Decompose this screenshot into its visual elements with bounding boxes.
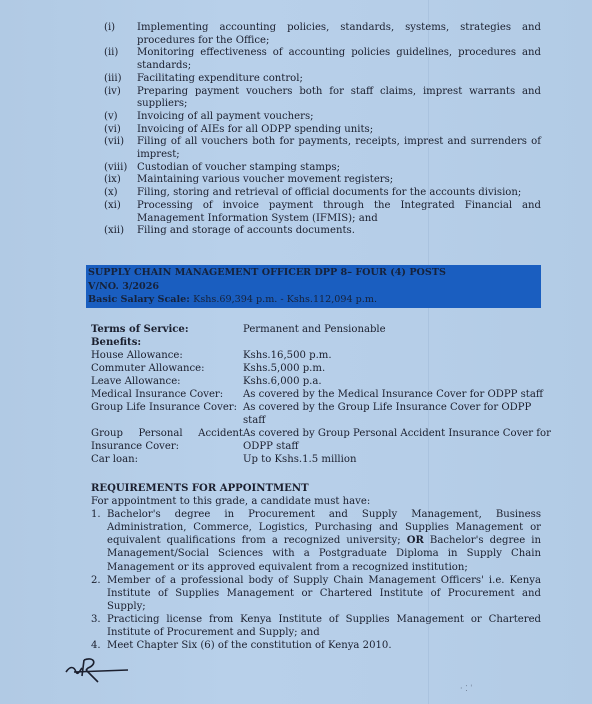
position-header-banner: SUPPLY CHAIN MANAGEMENT OFFICER DPP 8– F… [86, 265, 541, 308]
salary-scale: Basic Salary Scale: Kshs.69,394 p.m. - K… [88, 293, 541, 307]
benefit-value: Kshs.5,000 p.m. [243, 362, 551, 375]
handwritten-signature-icon [64, 656, 134, 690]
duty-item: (viii)Custodian of voucher stamping stam… [104, 162, 541, 175]
vacancy-number: V/NO. 3/2026 [88, 280, 541, 294]
duty-item: (vii)Filing of all vouchers both for pay… [104, 136, 541, 161]
duty-number: (v) [104, 111, 137, 124]
benefit-row: Leave Allowance:Kshs.6,000 p.a. [91, 375, 551, 388]
duty-text: Filing and storage of accounts documents… [137, 225, 541, 238]
benefit-row: House Allowance:Kshs.16,500 p.m. [91, 349, 551, 362]
scan-specks: · ⁚ ˈ [460, 684, 472, 693]
duty-item: (xii)Filing and storage of accounts docu… [104, 225, 541, 238]
benefit-row: Commuter Allowance:Kshs.5,000 p.m. [91, 362, 551, 375]
benefit-label: House Allowance: [91, 349, 243, 362]
duty-number: (ix) [104, 174, 137, 187]
duty-item: (x)Filing, storing and retrieval of offi… [104, 187, 541, 200]
requirement-text: Meet Chapter Six (6) of the constitution… [107, 639, 541, 652]
duty-item: (iv)Preparing payment vouchers both for … [104, 86, 541, 111]
duty-text: Filing, storing and retrieval of officia… [137, 187, 541, 200]
duty-item: (iii)Facilitating expenditure control; [104, 73, 541, 86]
benefit-value: As covered by Group Personal Accident In… [243, 427, 551, 453]
benefit-label: Leave Allowance: [91, 375, 243, 388]
duty-item: (v)Invoicing of all payment vouchers; [104, 111, 541, 124]
duty-text: Implementing accounting policies, standa… [137, 22, 541, 47]
benefits-label: Benefits: [91, 336, 243, 349]
requirement-text: Practicing license from Kenya Institute … [107, 613, 541, 639]
duty-text: Monitoring effectiveness of accounting p… [137, 47, 541, 72]
requirements-heading: REQUIREMENTS FOR APPOINTMENT [91, 482, 541, 495]
benefit-row: Medical Insurance Cover:As covered by th… [91, 388, 551, 401]
duty-item: (i)Implementing accounting policies, sta… [104, 22, 541, 47]
benefit-label: Commuter Allowance: [91, 362, 243, 375]
requirements-section: REQUIREMENTS FOR APPOINTMENT For appoint… [91, 482, 541, 652]
benefit-row: Group Personal Accident Insurance Cover:… [91, 427, 551, 453]
requirement-number: 4. [91, 639, 107, 652]
duty-number: (iv) [104, 86, 137, 111]
duty-number: (ii) [104, 47, 137, 72]
requirement-item: 1.Bachelor's degree in Procurement and S… [91, 508, 541, 573]
requirement-item: 4.Meet Chapter Six (6) of the constituti… [91, 639, 541, 652]
benefit-row: Car loan:Up to Kshs.1.5 million [91, 453, 551, 466]
terms-value: Permanent and Pensionable [243, 323, 551, 336]
requirement-text: Member of a professional body of Supply … [107, 574, 541, 613]
benefit-row: Group Life Insurance Cover:As covered by… [91, 401, 551, 427]
duty-number: (vii) [104, 136, 137, 161]
duties-list: (i)Implementing accounting policies, sta… [104, 22, 541, 238]
duty-item: (ii)Monitoring effectiveness of accounti… [104, 47, 541, 72]
requirement-number: 2. [91, 574, 107, 613]
requirement-item: 3.Practicing license from Kenya Institut… [91, 613, 541, 639]
benefit-value: As covered by the Group Life Insurance C… [243, 401, 551, 427]
duty-text: Preparing payment vouchers both for staf… [137, 86, 541, 111]
benefit-value: Kshs.6,000 p.a. [243, 375, 551, 388]
duty-number: (viii) [104, 162, 137, 175]
duty-text: Filing of all vouchers both for payments… [137, 136, 541, 161]
salary-scale-value: Kshs.69,394 p.m. - Kshs.112,094 p.m. [193, 294, 377, 305]
duty-item: (ix)Maintaining various voucher movement… [104, 174, 541, 187]
document-page: (i)Implementing accounting policies, sta… [0, 0, 592, 704]
requirements-intro: For appointment to this grade, a candida… [91, 495, 541, 508]
requirement-number: 1. [91, 508, 107, 573]
duty-item: (vi)Invoicing of AIEs for all ODPP spend… [104, 124, 541, 137]
duty-number: (iii) [104, 73, 137, 86]
duty-number: (x) [104, 187, 137, 200]
duty-text: Processing of invoice payment through th… [137, 200, 541, 225]
duty-number: (xi) [104, 200, 137, 225]
requirement-text: Bachelor's degree in Procurement and Sup… [107, 508, 541, 573]
salary-scale-label: Basic Salary Scale: [88, 294, 190, 305]
requirements-list: 1.Bachelor's degree in Procurement and S… [91, 508, 541, 652]
position-title: SUPPLY CHAIN MANAGEMENT OFFICER DPP 8– F… [88, 266, 541, 280]
terms-row: Terms of Service: Permanent and Pensiona… [91, 323, 551, 336]
duty-number: (xii) [104, 225, 137, 238]
requirement-emphasis: OR [407, 535, 424, 546]
duty-number: (i) [104, 22, 137, 47]
requirement-number: 3. [91, 613, 107, 639]
benefit-label: Group Life Insurance Cover: [91, 401, 243, 427]
benefit-label: Group Personal Accident Insurance Cover: [91, 427, 243, 453]
requirement-item: 2.Member of a professional body of Suppl… [91, 574, 541, 613]
benefits-list: House Allowance:Kshs.16,500 p.m.Commuter… [91, 349, 551, 466]
benefit-value: Up to Kshs.1.5 million [243, 453, 551, 466]
benefit-value: As covered by the Medical Insurance Cove… [243, 388, 551, 401]
terms-of-service: Terms of Service: Permanent and Pensiona… [91, 323, 551, 466]
duty-text: Custodian of voucher stamping stamps; [137, 162, 541, 175]
duty-text: Maintaining various voucher movement reg… [137, 174, 541, 187]
terms-label: Terms of Service: [91, 323, 243, 336]
duty-text: Invoicing of all payment vouchers; [137, 111, 541, 124]
benefit-value: Kshs.16,500 p.m. [243, 349, 551, 362]
duty-text: Facilitating expenditure control; [137, 73, 541, 86]
duty-number: (vi) [104, 124, 137, 137]
benefits-heading-row: Benefits: [91, 336, 551, 349]
duty-text: Invoicing of AIEs for all ODPP spending … [137, 124, 541, 137]
duty-item: (xi)Processing of invoice payment throug… [104, 200, 541, 225]
benefit-label: Car loan: [91, 453, 243, 466]
benefit-label: Medical Insurance Cover: [91, 388, 243, 401]
